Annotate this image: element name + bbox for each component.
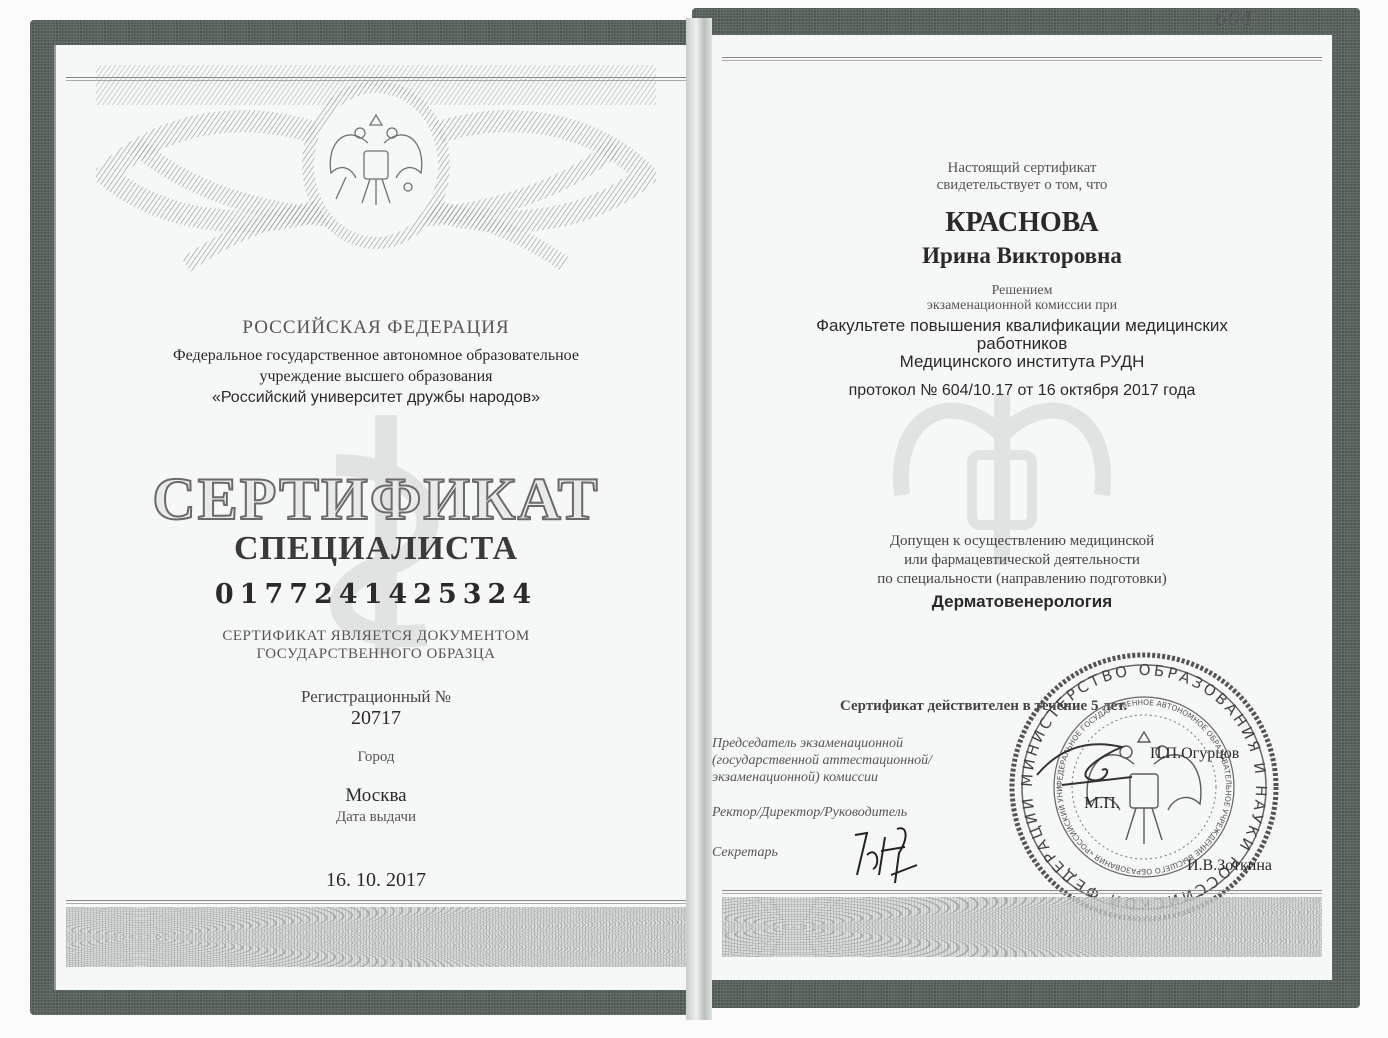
city-value: Москва	[56, 785, 696, 807]
bottom-guilloche-band	[722, 897, 1322, 957]
rector-label: Ректор/Директор/Руководитель	[712, 805, 907, 821]
chair-label: Председатель экзаменационной (государств…	[712, 735, 972, 786]
certificate-left-page: РОССИЙСКАЯ ФЕДЕРАЦИЯ Федеральное государ…	[54, 45, 696, 990]
certificate-number: 0177241425324	[56, 579, 696, 610]
registration-label: Регистрационный №	[56, 687, 696, 707]
bottom-rule	[66, 900, 686, 904]
admission-text: Допущен к осуществлению медицинской или …	[712, 532, 1332, 589]
book-spine	[686, 18, 712, 1020]
secretary-signature-icon	[847, 825, 922, 885]
city-label: Город	[56, 749, 696, 766]
country-heading: РОССИЙСКАЯ ФЕДЕРАЦИЯ	[56, 317, 696, 339]
guilloche-ornament	[96, 65, 656, 275]
chair-signature-icon	[1032, 735, 1142, 795]
decision-text: Решением экзаменационной комиссии при	[712, 283, 1332, 313]
state-document-note: СЕРТИФИКАТ ЯВЛЯЕТСЯ ДОКУМЕНТОМ ГОСУДАРСТ…	[56, 627, 696, 663]
intro-text: Настоящий сертификат свидетельствует о т…	[712, 160, 1332, 194]
issue-date-label: Дата выдачи	[56, 809, 696, 826]
certificate-right-page: Настоящий сертификат свидетельствует о т…	[712, 35, 1332, 980]
chair-name: П.П.Огурцов	[1150, 745, 1239, 763]
faculty-name: Факультете повышения квалификации медици…	[712, 317, 1332, 371]
registration-number: 20717	[56, 707, 696, 730]
holder-given-names: Ирина Викторовна	[712, 243, 1332, 269]
certificate-subtitle: СПЕЦИАЛИСТА	[56, 530, 696, 568]
top-rule	[722, 57, 1322, 61]
seal-mark: М.П.	[1084, 793, 1120, 813]
handwritten-number: 604	[1215, 6, 1253, 30]
secretary-name: И.В.Зоткина	[1187, 857, 1272, 875]
protocol-reference: протокол № 604/10.17 от 16 октября 2017 …	[712, 382, 1332, 400]
bottom-rule	[722, 890, 1322, 894]
holder-surname: КРАСНОВА	[712, 207, 1332, 239]
issue-date-value: 16. 10. 2017	[56, 869, 696, 892]
institution-name: Федеральное государственное автономное о…	[56, 345, 696, 408]
certificate-title: СЕРТИФИКАТ	[56, 465, 696, 534]
bottom-guilloche-band	[66, 907, 686, 967]
secretary-label: Секретарь	[712, 845, 778, 861]
specialty-name: Дерматовенерология	[712, 592, 1332, 612]
